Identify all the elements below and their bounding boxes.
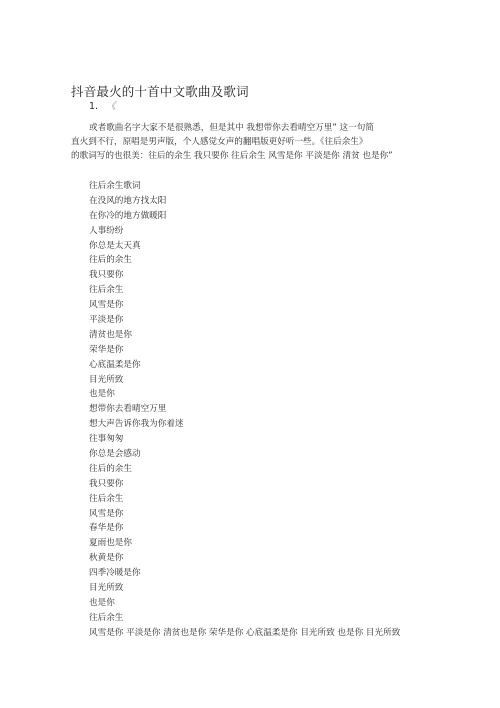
document-page: 抖音最火的十首中文歌曲及歌词 1.《 或者歌曲名字大家不是很熟悉，但是其中 我想… bbox=[0, 0, 500, 708]
lyric-line: 心底温柔是你 bbox=[89, 358, 400, 373]
lyric-line: 往后余生 bbox=[89, 283, 400, 298]
lyric-line: 人事纷纷 bbox=[89, 224, 400, 239]
list-item-number: 1.《 bbox=[89, 101, 116, 113]
lyric-line: 你总是太天真 bbox=[89, 239, 400, 254]
lyric-line: 目光所致 bbox=[89, 581, 400, 596]
lyric-line: 风雪是你 平淡是你 清贫也是你 荣华是你 心底温柔是你 目光所致 也是你 目光所… bbox=[89, 626, 400, 641]
lyric-line: 往后余生 bbox=[89, 611, 400, 626]
intro-paragraph: 或者歌曲名字大家不是很熟悉，但是其中 我想带你去看晴空万里” 这一句简 直火到不… bbox=[71, 121, 431, 163]
item-number-label: 1. bbox=[89, 101, 98, 112]
lyric-line: 也是你 bbox=[89, 596, 400, 611]
lyric-line: 想带你去看晴空万里 bbox=[89, 402, 400, 417]
lyrics-list: 往后余生歌词 在没风的地方找太阳 在你冷的地方做暖阳 人事纷纷 你总是太天真 往… bbox=[89, 179, 400, 641]
lyric-line: 往后的余生 bbox=[89, 462, 400, 477]
lyric-line: 往后的余生 bbox=[89, 253, 400, 268]
lyric-line: 清贫也是你 bbox=[89, 328, 400, 343]
lyric-line: 风雪是你 bbox=[89, 298, 400, 313]
lyric-line: 想大声告诉你我为你着迷 bbox=[89, 417, 400, 432]
lyric-line: 平淡是你 bbox=[89, 313, 400, 328]
lyric-line: 我只要你 bbox=[89, 268, 400, 283]
intro-line: 或者歌曲名字大家不是很熟悉，但是其中 我想带你去看晴空万里” 这一句简 bbox=[71, 121, 431, 135]
lyric-line: 我只要你 bbox=[89, 477, 400, 492]
lyrics-heading: 往后余生歌词 bbox=[89, 179, 400, 194]
lyric-line: 在没风的地方找太阳 bbox=[89, 194, 400, 209]
lyric-line: 你总是会感动 bbox=[89, 447, 400, 462]
lyric-line: 四季冷暖是你 bbox=[89, 566, 400, 581]
intro-line: 直火到不行，原唱是男声版，个人感觉女声的翻唱版更好听一些。《往后余生》 bbox=[71, 135, 431, 149]
lyric-line: 夏雨也是你 bbox=[89, 536, 400, 551]
lyric-line: 往事匆匆 bbox=[89, 432, 400, 447]
lyric-line: 目光所致 bbox=[89, 373, 400, 388]
document-title: 抖音最火的十首中文歌曲及歌词 bbox=[71, 84, 249, 99]
intro-line: 的歌词写的也很美：往后的余生 我只要你 往后余生 风雪是你 平淡是你 清贫 也是… bbox=[71, 149, 431, 163]
lyric-line: 荣华是你 bbox=[89, 343, 400, 358]
item-quote-mark: 《 bbox=[106, 101, 116, 112]
lyric-line: 风雪是你 bbox=[89, 507, 400, 522]
lyric-line: 也是你 bbox=[89, 387, 400, 402]
lyric-line: 在你冷的地方做暖阳 bbox=[89, 209, 400, 224]
lyric-line: 春华是你 bbox=[89, 521, 400, 536]
lyric-line: 秋黄是你 bbox=[89, 551, 400, 566]
lyric-line: 往后余生 bbox=[89, 492, 400, 507]
